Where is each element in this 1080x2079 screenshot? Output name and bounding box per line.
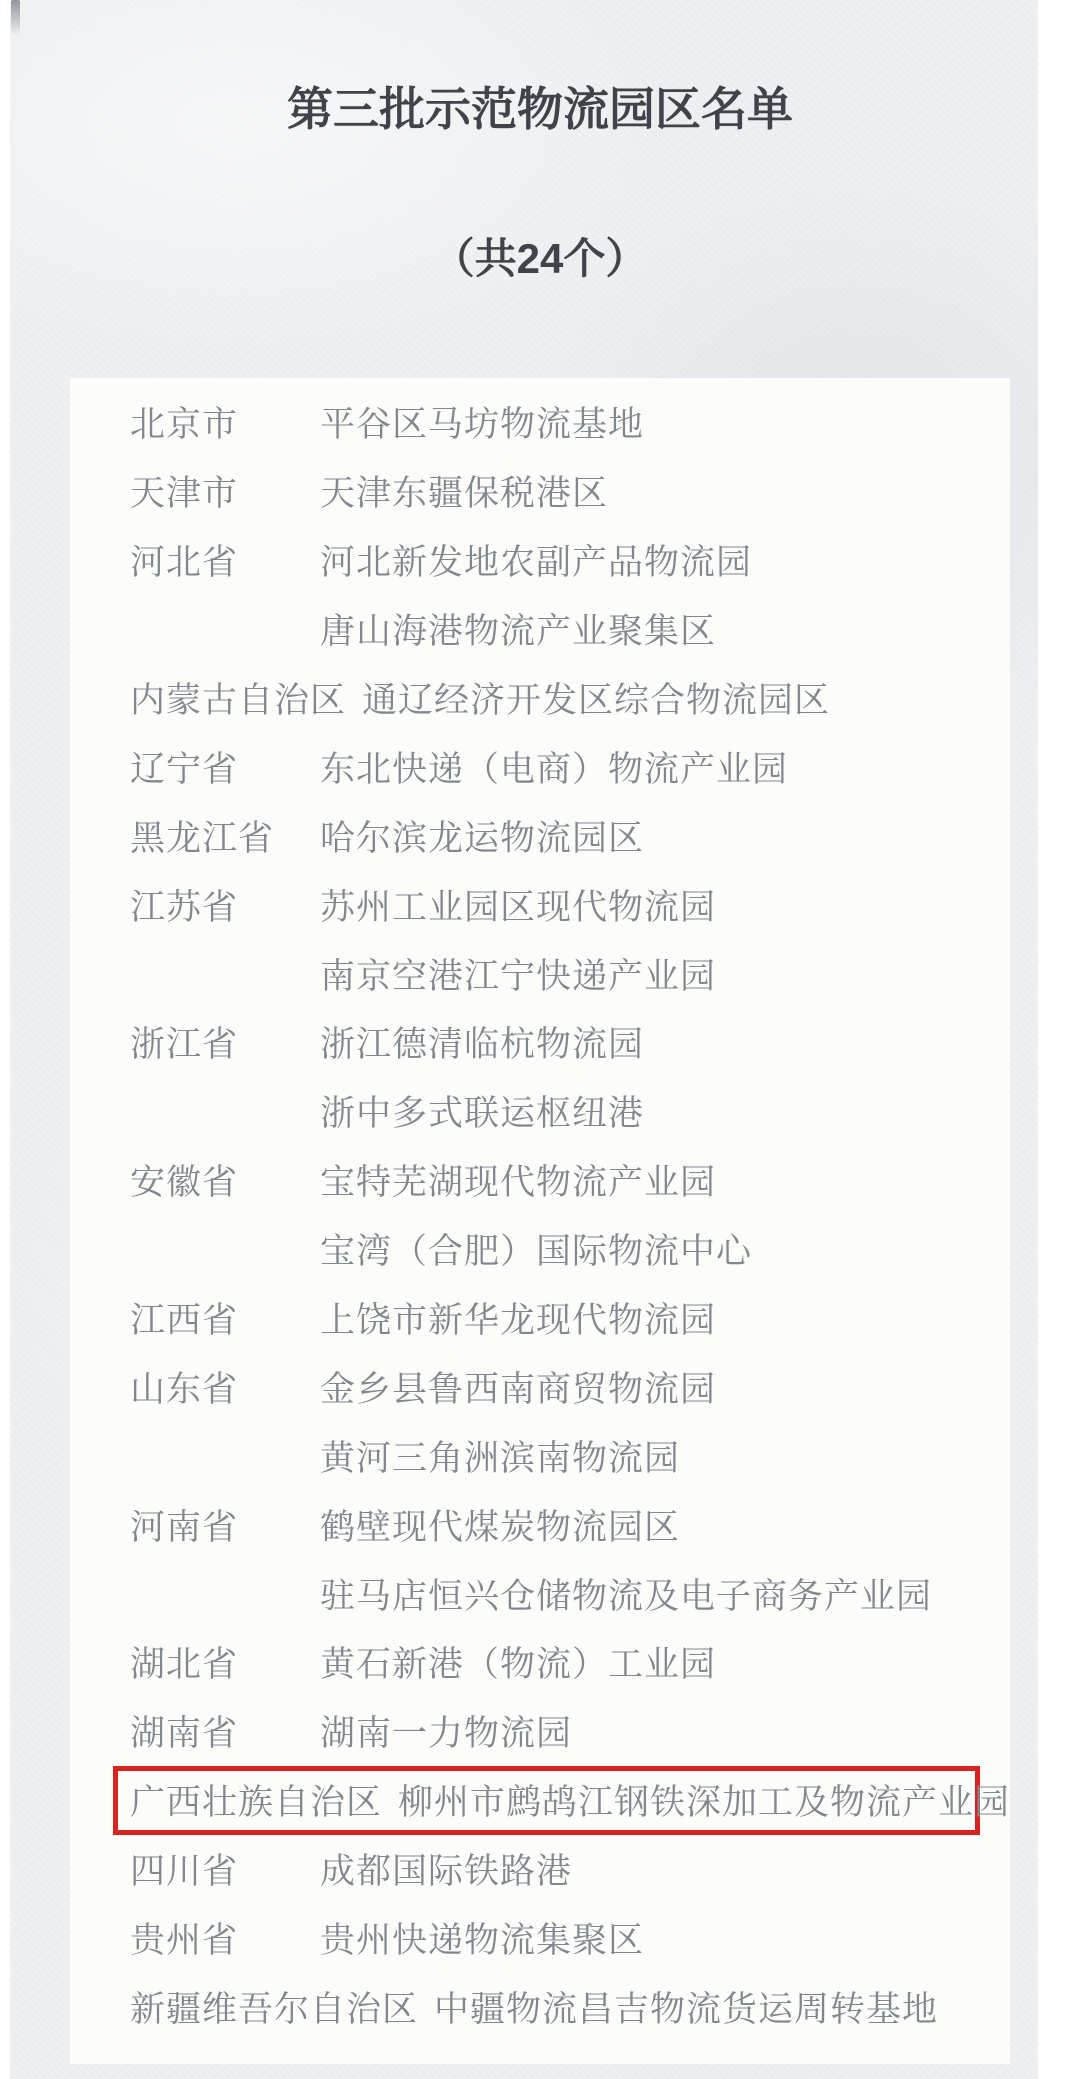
park-name: 柳州市鹧鸪江钢铁深加工及物流产业园	[398, 1775, 1010, 1825]
province-label: 广西壮族自治区	[130, 1775, 382, 1825]
park-name: 通辽经济开发区综合物流园区	[362, 673, 830, 723]
park-name: 河北新发地农副产品物流园	[320, 535, 752, 585]
park-name: 浙中多式联运枢纽港	[320, 1086, 644, 1136]
list-row: 黑龙江省 哈尔滨龙运物流园区	[70, 801, 1010, 870]
list-rows: 北京市 平谷区马坊物流基地 天津市 天津东疆保税港区 河北省 河北新发地农副产品…	[70, 388, 1010, 2041]
park-name: 浙江德清临杭物流园	[320, 1017, 644, 1067]
list-row: 南京空港江宁快递产业园	[70, 939, 1010, 1008]
province-label: 江西省	[130, 1293, 304, 1343]
park-name: 贵州快递物流集聚区	[320, 1913, 644, 1963]
province-label: 山东省	[130, 1362, 304, 1412]
park-name: 唐山海港物流产业聚集区	[320, 604, 716, 654]
list-row: 浙江省 浙江德清临杭物流园	[70, 1008, 1010, 1077]
park-name: 宝特芜湖现代物流产业园	[320, 1155, 716, 1205]
document-photo: 第三批示范物流园区名单 （共24个） 北京市 平谷区马坊物流基地 天津市 天津东…	[0, 0, 1080, 2079]
list-row: 唐山海港物流产业聚集区	[70, 595, 1010, 664]
province-label: 四川省	[130, 1844, 304, 1894]
list-row: 驻马店恒兴仓储物流及电子商务产业园	[70, 1559, 1010, 1628]
province-label: 浙江省	[130, 1017, 304, 1067]
park-name: 湖南一力物流园	[320, 1706, 572, 1756]
park-name: 平谷区马坊物流基地	[320, 397, 644, 447]
province-label: 湖南省	[130, 1706, 304, 1756]
highlighted-list-row: 广西壮族自治区 柳州市鹧鸪江钢铁深加工及物流产业园	[113, 1766, 980, 1835]
list-row: 新疆维吾尔自治区 中疆物流昌吉物流货运周转基地	[70, 1972, 1010, 2041]
province-label: 河南省	[130, 1500, 304, 1550]
list-row: 湖北省 黄石新港（物流）工业园	[70, 1628, 1010, 1697]
list-row: 浙中多式联运枢纽港	[70, 1077, 1010, 1146]
list-row: 山东省 金乡县鲁西南商贸物流园	[70, 1352, 1010, 1421]
park-name: 黄石新港（物流）工业园	[320, 1637, 716, 1687]
province-label: 辽宁省	[130, 742, 304, 792]
province-label: 江苏省	[130, 880, 304, 930]
park-name: 鹤壁现代煤炭物流园区	[320, 1500, 680, 1550]
list-row: 湖南省 湖南一力物流园	[70, 1697, 1010, 1766]
park-name: 东北快递（电商）物流产业园	[320, 742, 788, 792]
list-row: 四川省 成都国际铁路港	[70, 1835, 1010, 1904]
document-title: 第三批示范物流园区名单	[0, 84, 1080, 135]
province-label: 河北省	[130, 535, 304, 585]
list-row: 安徽省 宝特芜湖现代物流产业园	[70, 1146, 1010, 1215]
list-row: 江西省 上饶市新华龙现代物流园	[70, 1284, 1010, 1353]
park-name: 宝湾（合肥）国际物流中心	[320, 1224, 752, 1274]
list-row: 江苏省 苏州工业园区现代物流园	[70, 870, 1010, 939]
document-subtitle: （共24个）	[0, 236, 1080, 282]
list-row: 北京市 平谷区马坊物流基地	[70, 388, 1010, 457]
park-name: 驻马店恒兴仓储物流及电子商务产业园	[320, 1569, 932, 1619]
province-label: 安徽省	[130, 1155, 304, 1205]
province-label: 内蒙古自治区	[130, 673, 346, 723]
list-row: 河北省 河北新发地农副产品物流园	[70, 526, 1010, 595]
park-name: 南京空港江宁快递产业园	[320, 949, 716, 999]
list-row: 河南省 鹤壁现代煤炭物流园区	[70, 1490, 1010, 1559]
province-label: 黑龙江省	[130, 811, 304, 861]
list-row: 天津市 天津东疆保税港区	[70, 457, 1010, 526]
park-name: 哈尔滨龙运物流园区	[320, 811, 644, 861]
province-label: 北京市	[130, 397, 304, 447]
park-name: 苏州工业园区现代物流园	[320, 880, 716, 930]
province-label: 贵州省	[130, 1913, 304, 1963]
province-label: 天津市	[130, 466, 304, 516]
list-row: 贵州省 贵州快递物流集聚区	[70, 1904, 1010, 1973]
park-name: 上饶市新华龙现代物流园	[320, 1293, 716, 1343]
list-row: 黄河三角洲滨南物流园	[70, 1421, 1010, 1490]
park-name: 黄河三角洲滨南物流园	[320, 1431, 680, 1481]
list-row: 宝湾（合肥）国际物流中心	[70, 1215, 1010, 1284]
province-label: 湖北省	[130, 1637, 304, 1687]
park-name: 金乡县鲁西南商贸物流园	[320, 1362, 716, 1412]
list-row: 内蒙古自治区 通辽经济开发区综合物流园区	[70, 664, 1010, 733]
park-name: 中疆物流昌吉物流货运周转基地	[434, 1982, 938, 2032]
park-name: 天津东疆保税港区	[320, 466, 608, 516]
list-row: 辽宁省 东北快递（电商）物流产业园	[70, 732, 1010, 801]
scan-edge-artifact	[11, 0, 20, 36]
province-label: 新疆维吾尔自治区	[130, 1982, 418, 2032]
park-name: 成都国际铁路港	[320, 1844, 572, 1894]
